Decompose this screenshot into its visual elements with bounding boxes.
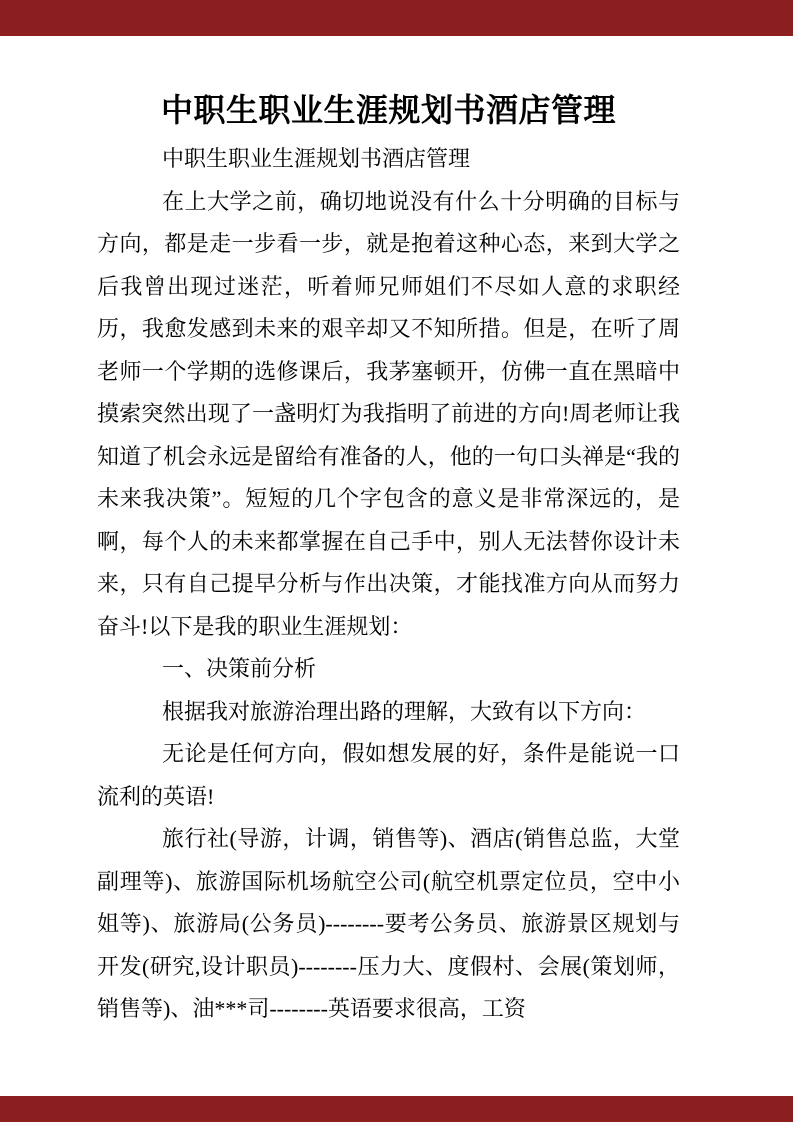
body-paragraph-directions: 根据我对旅游治理出路的理解，大致有以下方向：	[97, 691, 680, 734]
subtitle-line: 中职生职业生涯规划书酒店管理	[97, 138, 680, 181]
body-paragraph-career-options: 旅行社(导游，计调，销售等)、酒店(销售总监，大堂副理等)、旅游国际机场航空公司…	[97, 818, 680, 1031]
bottom-border-bar	[0, 1096, 793, 1122]
document-title: 中职生职业生涯规划书酒店管理	[97, 88, 680, 132]
top-border-bar	[0, 0, 793, 36]
body-paragraph-intro: 在上大学之前，确切地说没有什么十分明确的目标与方向，都是走一步看一步，就是抱着这…	[97, 181, 680, 649]
section-heading-pre-decision-analysis: 一、决策前分析	[97, 648, 680, 691]
document-page: 中职生职业生涯规划书酒店管理 中职生职业生涯规划书酒店管理 在上大学之前，确切地…	[0, 36, 793, 1031]
body-paragraph-english: 无论是任何方向，假如想发展的好，条件是能说一口流利的英语!	[97, 733, 680, 818]
